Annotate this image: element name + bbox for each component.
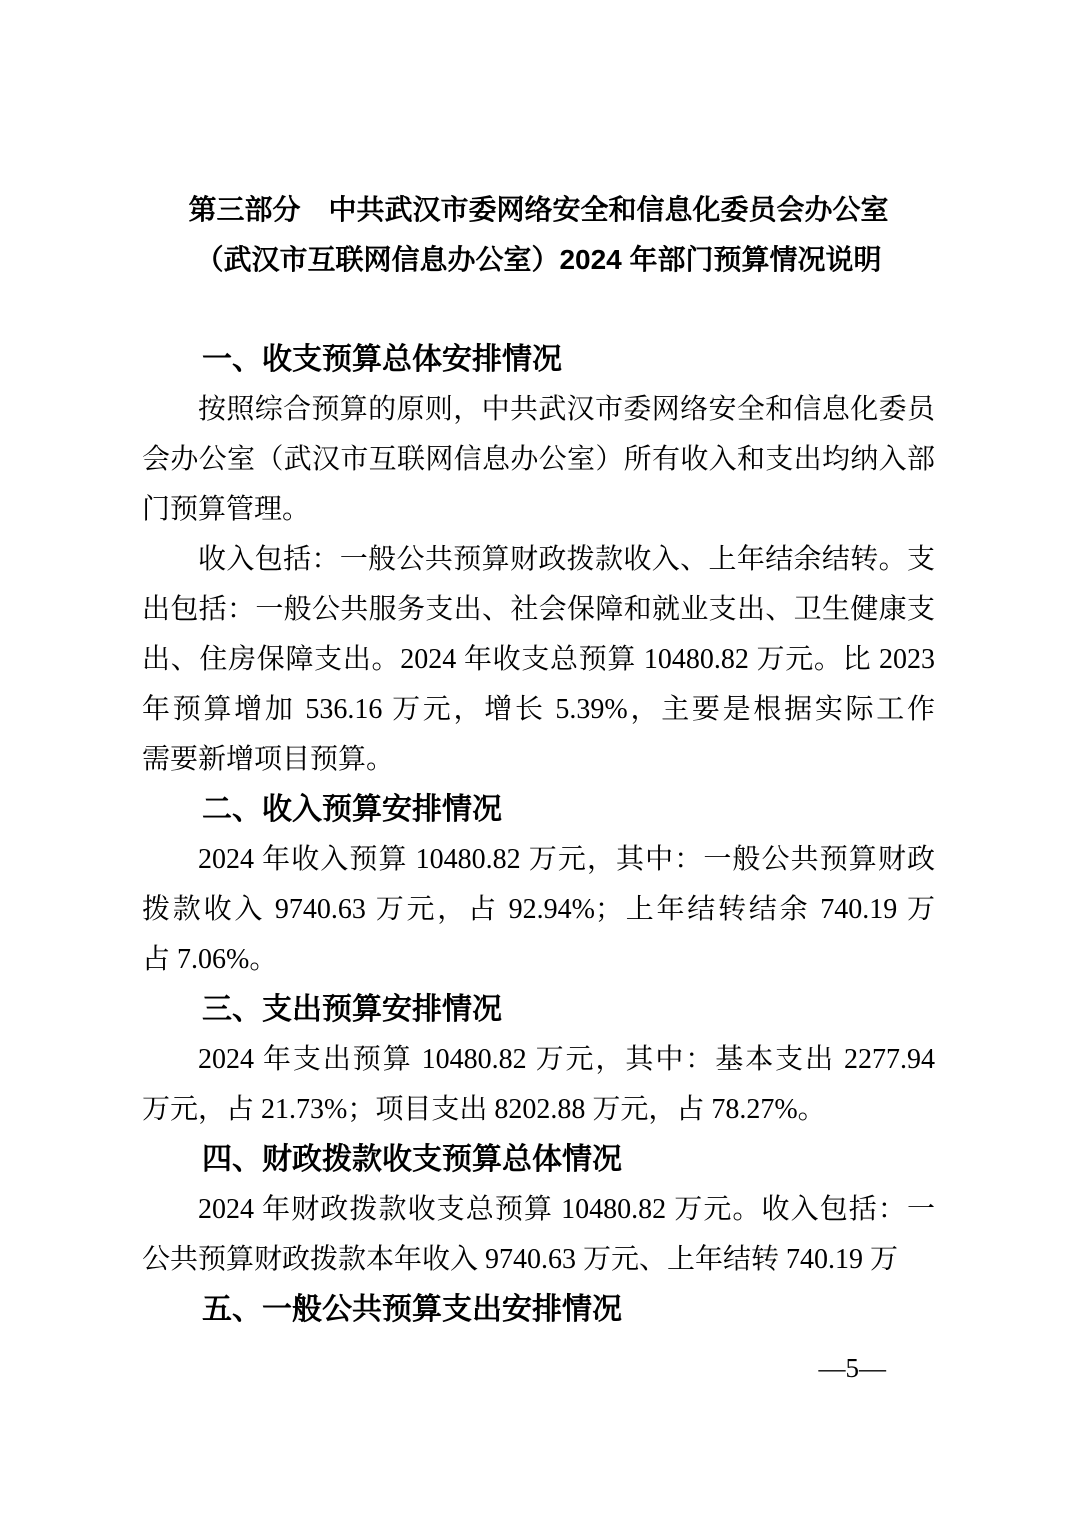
section-heading: 三、支出预算安排情况 xyxy=(142,985,935,1035)
page-number: —5— xyxy=(819,1350,887,1386)
document-body: 一、收支预算总体安排情况按照综合预算的原则，中共武汉市委网络安全和信息化委员会办… xyxy=(142,335,935,1335)
paragraph-line: 公共预算财政拨款本年收入 9740.63 万元、上年结转 740.19 万元。 xyxy=(142,1235,935,1285)
paragraph-line: 2024 年支出预算 10480.82 万元，其中：基本支出 2277.94 xyxy=(142,1035,935,1085)
paragraph-line: 万元，占 21.73%；项目支出 8202.88 万元，占 78.27%。 xyxy=(142,1085,935,1135)
paragraph: 收入包括：一般公共预算财政拨款收入、上年结余结转。支出包括：一般公共服务支出、社… xyxy=(142,535,935,785)
paragraph-line: 会办公室（武汉市互联网信息办公室）所有收入和支出均纳入部 xyxy=(142,435,935,485)
paragraph: 2024 年支出预算 10480.82 万元，其中：基本支出 2277.94万元… xyxy=(142,1035,935,1135)
paragraph-line: 收入包括：一般公共预算财政拨款收入、上年结余结转。支 xyxy=(142,535,935,585)
document-title-line-2: （武汉市互联网信息办公室）2024 年部门预算情况说明 xyxy=(142,235,935,285)
paragraph-line: 按照综合预算的原则，中共武汉市委网络安全和信息化委员 xyxy=(142,385,935,435)
document-content: 第三部分 中共武汉市委网络安全和信息化委员会办公室 （武汉市互联网信息办公室）2… xyxy=(142,185,935,1335)
document-title-line-1: 第三部分 中共武汉市委网络安全和信息化委员会办公室 xyxy=(142,185,935,235)
section-heading: 一、收支预算总体安排情况 xyxy=(142,335,935,385)
paragraph-line: 出、住房保障支出。2024 年收支总预算 10480.82 万元。比 2023 xyxy=(142,635,935,685)
paragraph-line: 门预算管理。 xyxy=(142,485,935,535)
section-heading: 五、一般公共预算支出安排情况 xyxy=(142,1285,935,1335)
paragraph: 按照综合预算的原则，中共武汉市委网络安全和信息化委员会办公室（武汉市互联网信息办… xyxy=(142,385,935,535)
title-body-spacer xyxy=(142,285,935,335)
paragraph-line: 年预算增加 536.16 万元，增长 5.39%，主要是根据实际工作 xyxy=(142,685,935,735)
section-heading: 二、收入预算安排情况 xyxy=(142,785,935,835)
paragraph-line: 2024 年收入预算 10480.82 万元，其中：一般公共预算财政 xyxy=(142,835,935,885)
paragraph: 2024 年收入预算 10480.82 万元，其中：一般公共预算财政拨款收入 9… xyxy=(142,835,935,985)
section-heading: 四、财政拨款收支预算总体情况 xyxy=(142,1135,935,1185)
paragraph-line: 占 7.06%。 xyxy=(142,935,935,985)
paragraph-line: 需要新增项目预算。 xyxy=(142,735,935,785)
paragraph-line: 出包括：一般公共服务支出、社会保障和就业支出、卫生健康支 xyxy=(142,585,935,635)
paragraph-line: 拨款收入 9740.63 万元，占 92.94%；上年结转结余 740.19 万… xyxy=(142,885,935,935)
paragraph-line: 2024 年财政拨款收支总预算 10480.82 万元。收入包括：一般 xyxy=(142,1185,935,1235)
paragraph: 2024 年财政拨款收支总预算 10480.82 万元。收入包括：一般公共预算财… xyxy=(142,1185,935,1285)
document-page: 第三部分 中共武汉市委网络安全和信息化委员会办公室 （武汉市互联网信息办公室）2… xyxy=(0,0,1074,1520)
